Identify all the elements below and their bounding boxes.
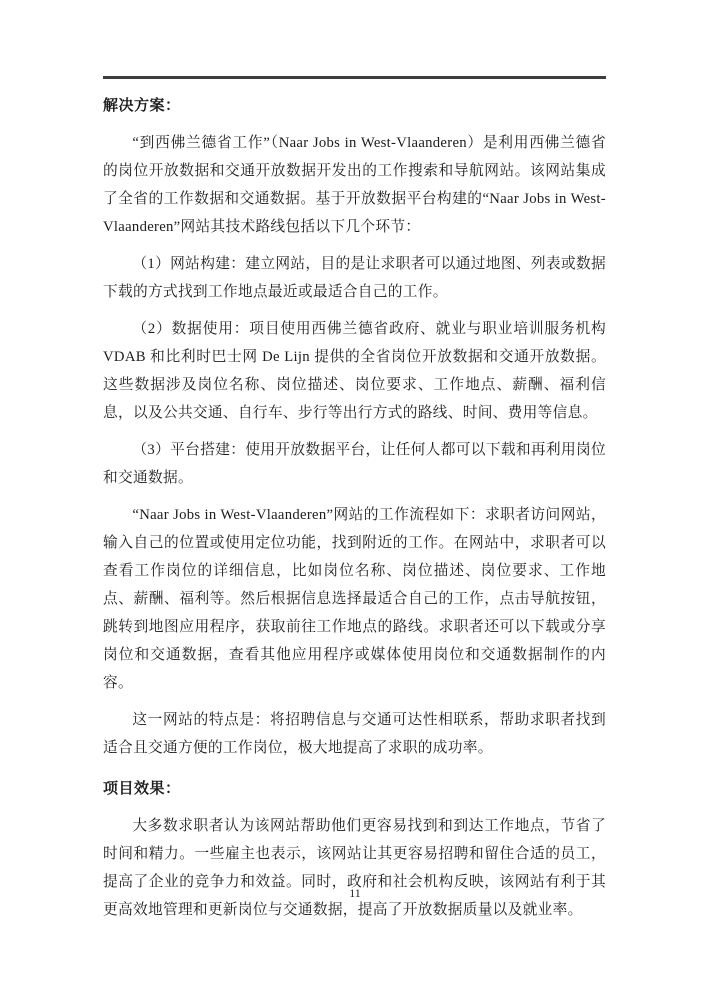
- heading-solution: 解决方案：: [103, 92, 606, 120]
- paragraph-feature: 这一网站的特点是：将招聘信息与交通可达性相联系，帮助求职者找到适合且交通方便的工…: [103, 706, 606, 762]
- paragraph-intro: “到西佛兰德省工作”（Naar Jobs in West-Vlaanderen）…: [103, 129, 606, 241]
- heading-effect: 项目效果：: [103, 775, 606, 803]
- paragraph-workflow: “Naar Jobs in West-Vlaanderen”网站的工作流程如下：…: [103, 501, 606, 697]
- paragraph-effect: 大多数求职者认为该网站帮助他们更容易找到和到达工作地点，节省了时间和精力。一些雇…: [103, 812, 606, 924]
- paragraph-step1: （1）网站构建：建立网站，目的是让求职者可以通过地图、列表或数据下载的方式找到工…: [103, 250, 606, 306]
- page-number: 11: [0, 886, 710, 901]
- document-content: 解决方案： “到西佛兰德省工作”（Naar Jobs in West-Vlaan…: [0, 76, 710, 924]
- header-rule: [103, 76, 606, 79]
- document-page: 解决方案： “到西佛兰德省工作”（Naar Jobs in West-Vlaan…: [0, 0, 710, 1004]
- paragraph-step3: （3）平台搭建：使用开放数据平台，让任何人都可以下载和再利用岗位和交通数据。: [103, 436, 606, 492]
- paragraph-step2: （2）数据使用：项目使用西佛兰德省政府、就业与职业培训服务机构 VDAB 和比利…: [103, 315, 606, 427]
